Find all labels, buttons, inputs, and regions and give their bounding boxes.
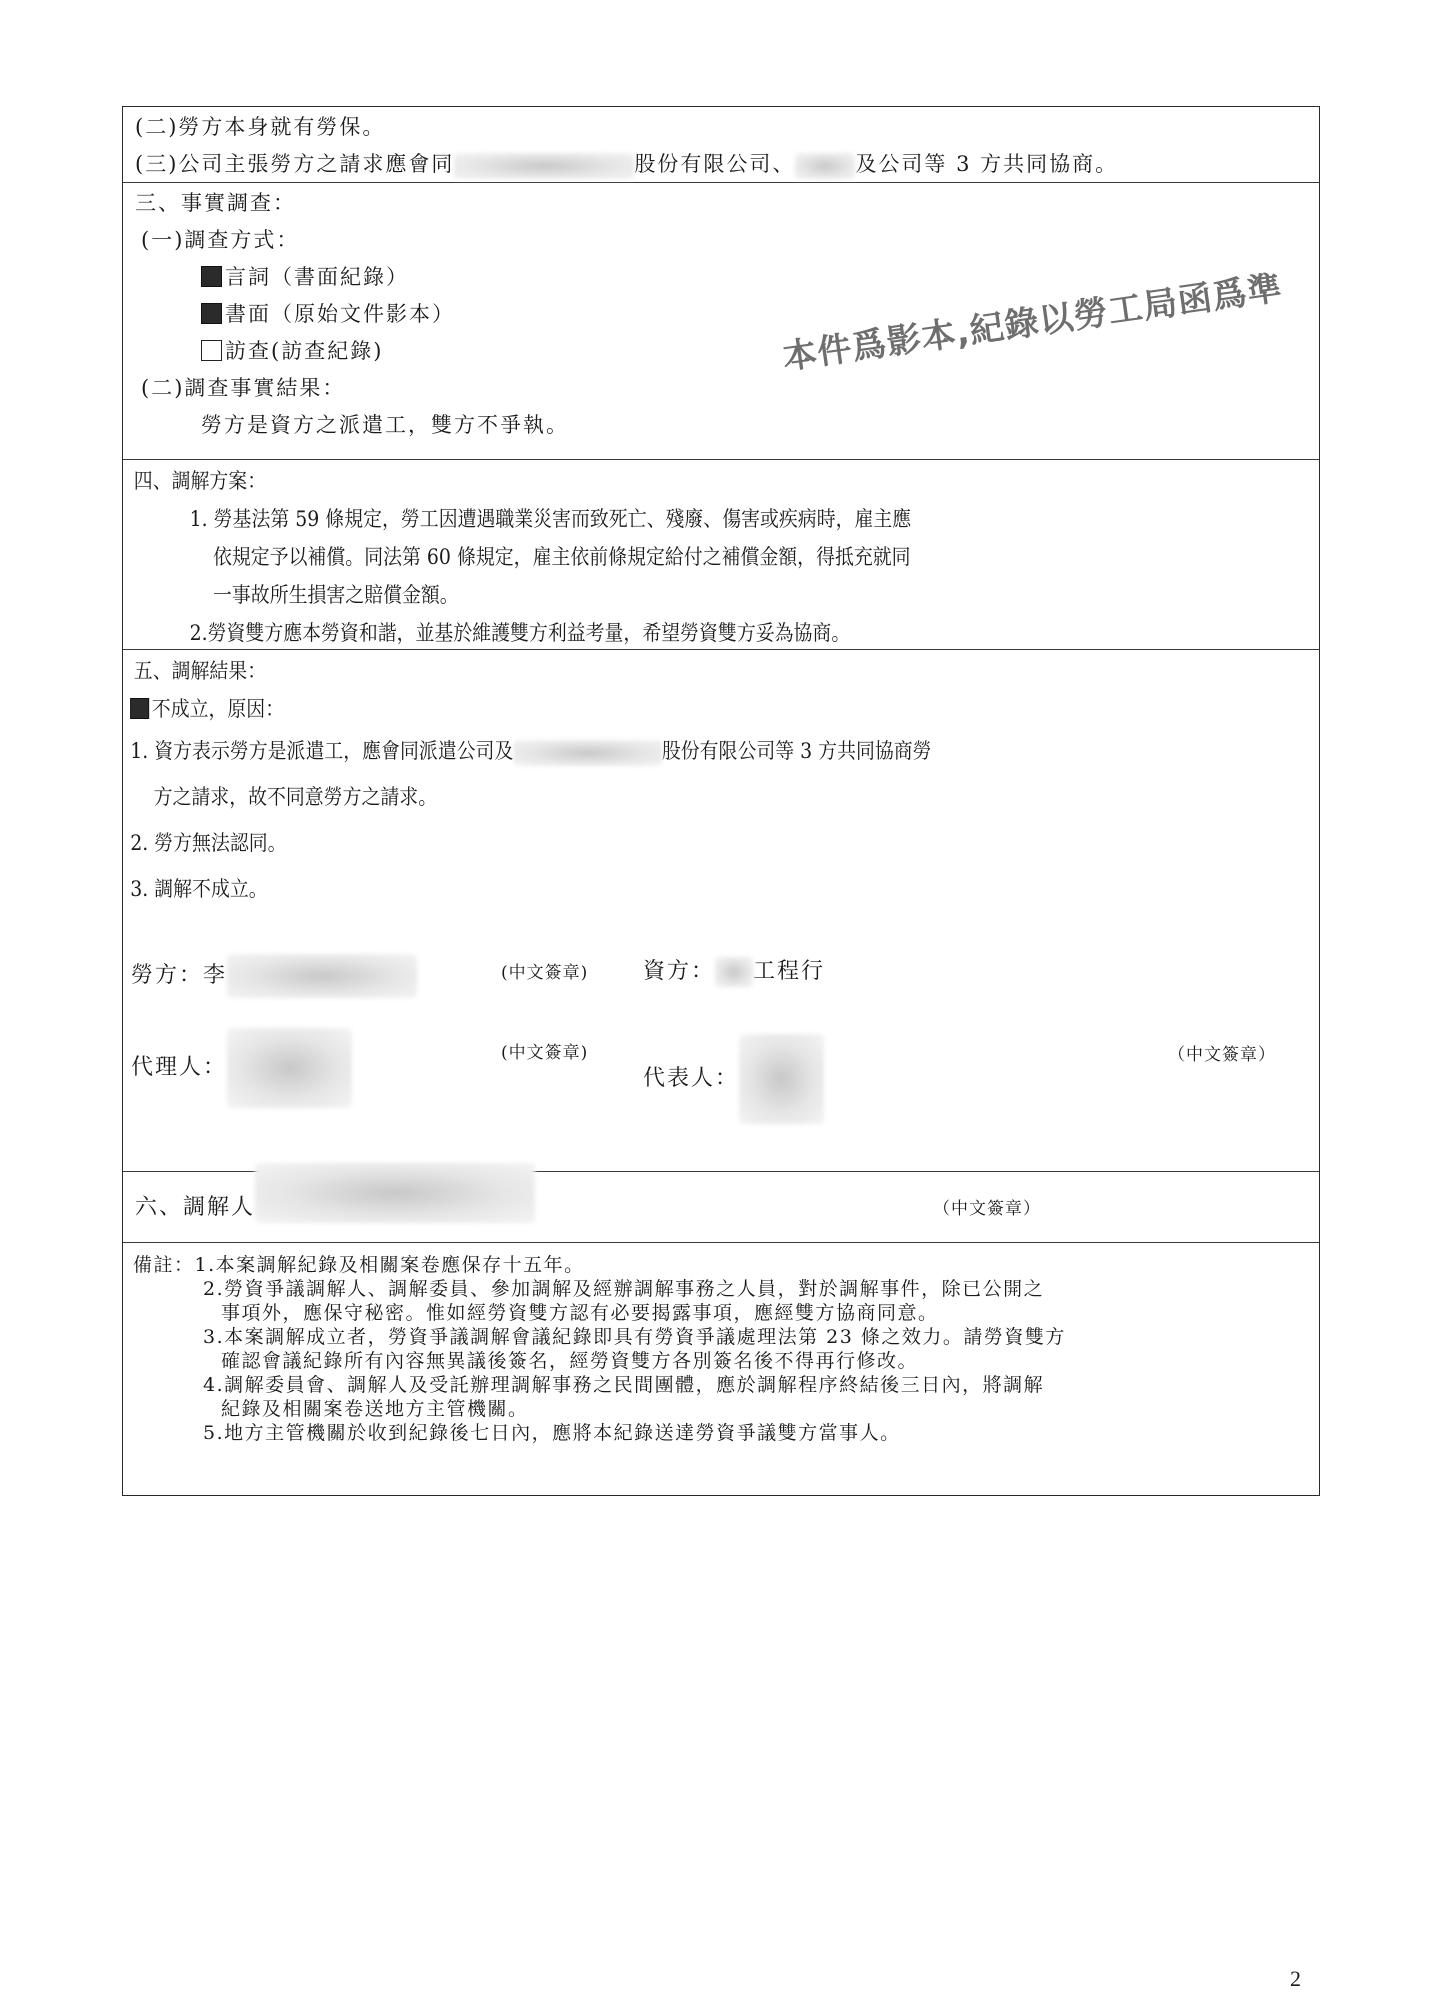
mediation-proposal-section: 四、調解方案： 1. 勞基法第 59 條規定，勞工因遭遇職業災害而致死亡、殘廢、… xyxy=(123,460,1319,650)
remark-item: 3.本案調解成立者，勞資爭議調解會議紀錄即具有勞資爭議處理法第 23 條之效力。… xyxy=(123,1325,1319,1349)
redacted-name xyxy=(795,153,855,179)
agent-signature: 代理人： xyxy=(131,1028,352,1108)
agent-seal-label: (中文簽章) xyxy=(501,1038,588,1063)
remark-item: 4.調解委員會、調解人及受託辦理調解事務之民間團體，應於調解程序終結後三日內，將… xyxy=(123,1373,1319,1397)
checkbox-checked[interactable] xyxy=(130,698,149,719)
checkbox-checked[interactable] xyxy=(201,303,222,324)
redacted-company-name xyxy=(454,153,634,179)
remark-item: 2.勞資爭議調解人、調解委員、參加調解及經辦調解事務之人員，對於調解事件，除已公… xyxy=(123,1277,1319,1301)
representative-seal-label: （中文簽章） xyxy=(1168,1040,1276,1065)
reason-1-cont: 方之請求，故不同意勞方之請求。 xyxy=(123,774,1199,820)
section4-title: 四、調解方案： xyxy=(123,460,1199,500)
mediator-signature: 六、調解人 xyxy=(135,1190,535,1223)
proposal-line: 1. 勞基法第 59 條規定，勞工因遭遇職業災害而致死亡、殘廢、傷害或疾病時，雇… xyxy=(123,500,1199,538)
result-title: (二)調查事實結果： xyxy=(123,370,1319,407)
proposal-line: 一事故所生損害之賠償金額。 xyxy=(123,576,1199,614)
redacted-employer-name xyxy=(715,957,753,987)
reason-3: 3. 調解不成立。 xyxy=(123,866,1199,912)
result-text: 勞方是資方之派遣工，雙方不爭執。 xyxy=(123,407,1319,444)
claim-item-3: (三)公司主張勞方之請求應會同股份有限公司、及公司等 3 方共同協商。 xyxy=(123,146,1319,183)
remark-item: 5.地方主管機關於收到紀錄後七日內，應將本紀錄送達勞資爭議雙方當事人。 xyxy=(123,1421,1319,1445)
remark-item: 紀錄及相關案卷送地方主管機關。 xyxy=(123,1397,1319,1421)
reason-2: 2. 勞方無法認同。 xyxy=(123,820,1199,866)
remarks-section: 備註：1.本案調解紀錄及相關案卷應保存十五年。 2.勞資爭議調解人、調解委員、參… xyxy=(123,1243,1319,1495)
section3-title: 三、事實調查： xyxy=(123,183,1319,222)
outcome-failed: 不成立，原因： xyxy=(123,690,1199,728)
method-item-visit: 訪查(訪查紀錄) xyxy=(123,333,1319,370)
reason-1: 1. 資方表示勞方是派遣工，應會同派遣公司及股份有限公司等 3 方共同協商勞 xyxy=(123,728,1199,774)
remark-item: 確認會議紀錄所有內容無異議後簽名，經勞資雙方各別簽名後不得再行修改。 xyxy=(123,1349,1319,1373)
redacted-signature xyxy=(739,1034,824,1124)
redacted-company-name xyxy=(513,740,662,766)
claim-item-2: (二)勞方本身就有勞保。 xyxy=(123,107,1319,146)
remark-item: 備註：1.本案調解紀錄及相關案卷應保存十五年。 xyxy=(123,1253,1319,1277)
method-title: (一)調查方式： xyxy=(123,222,1319,259)
employer-signature: 資方：工程行 xyxy=(643,954,825,987)
remark-item: 事項外，應保守秘密。惟如經勞資雙方認有必要揭露事項，應經雙方協商同意。 xyxy=(123,1301,1319,1325)
mediator-section: 六、調解人 （中文簽章） xyxy=(123,1172,1319,1243)
proposal-line: 依規定予以補償。同法第 60 條規定，雇主依前條規定給付之補償金額，得抵充就同 xyxy=(123,538,1199,576)
labor-signature: 勞方：李 xyxy=(131,954,417,998)
redacted-signature xyxy=(227,1028,352,1108)
page-number: 2 xyxy=(1290,1966,1301,1992)
checkbox-checked[interactable] xyxy=(201,266,222,287)
mediation-result-section: 五、調解結果： 不成立，原因： 1. 資方表示勞方是派遣工，應會同派遣公司及股份… xyxy=(123,650,1319,1172)
claims-row: (二)勞方本身就有勞保。 (三)公司主張勞方之請求應會同股份有限公司、及公司等 … xyxy=(123,107,1319,183)
labor-seal-label: (中文簽章) xyxy=(501,958,588,983)
section5-title: 五、調解結果： xyxy=(123,650,1199,690)
redacted-mediator-signature xyxy=(255,1163,535,1223)
representative-signature: 代表人： xyxy=(643,1034,824,1124)
redacted-signature xyxy=(227,954,417,998)
mediator-seal-label: （中文簽章） xyxy=(933,1194,1041,1219)
checkbox-unchecked[interactable] xyxy=(201,340,222,361)
proposal-line: 2.勞資雙方應本勞資和諧，並基於維護雙方利益考量，希望勞資雙方妥為協商。 xyxy=(123,614,1199,652)
